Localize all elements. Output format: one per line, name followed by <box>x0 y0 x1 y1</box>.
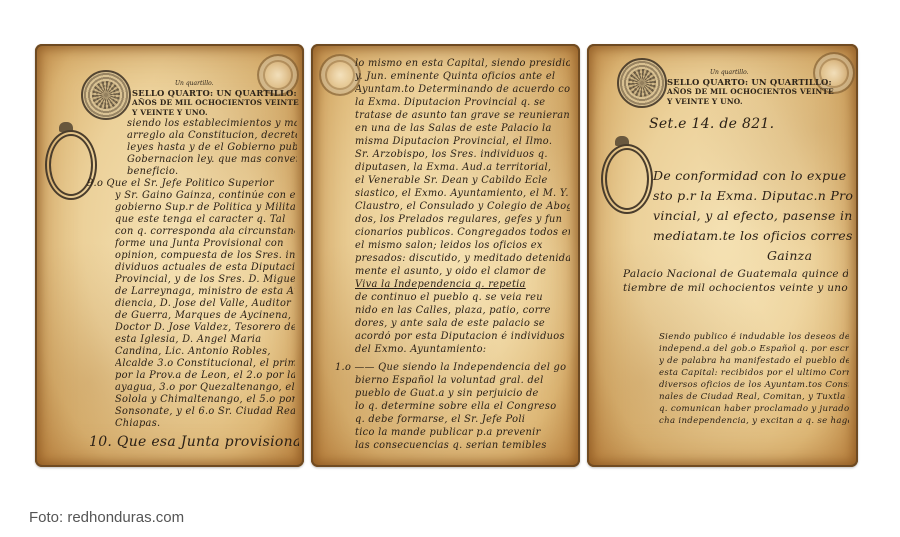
closing-line: 10. Que esa Junta provisional <box>89 434 299 450</box>
text-line: cha independencia, y excitan a q. se hag… <box>659 416 849 426</box>
manuscript-page-2: lo mismo en esta Capital, siendo presidi… <box>311 44 580 467</box>
text-line: tratase de asunto tan grave se reunieran <box>355 110 570 121</box>
text-line: bierno Español la voluntad gral. del <box>355 375 570 386</box>
text-line: leyes hasta y de el Gobierno publicado <box>127 142 297 153</box>
text-line: vincial, y al efecto, pasense in <box>653 208 853 223</box>
text-line: tiembre de mil ochocientos veinte y uno … <box>623 282 848 294</box>
text-line: en una de las Salas de este Palacio la <box>355 123 570 134</box>
text-line: Alcalde 3.o Constitucional, el primero <box>115 358 295 369</box>
text-line: Palacio Nacional de Guatemala quince de … <box>623 268 848 280</box>
text-line: de continuo el pueblo q. se veia reu <box>355 292 570 303</box>
text-line: Claustro, el Consulado y Colegio de Abog… <box>355 201 570 212</box>
stamp-denomination: Un quartillo. <box>175 80 214 87</box>
signature: Gainza <box>767 248 837 263</box>
text-line: lo q. determine sobre ella el Congreso <box>355 401 570 412</box>
text-line: dos, los Prelados regulares, gefes y fun <box>355 214 570 225</box>
text-line: mente el asunto, y oido el clamor de <box>355 266 570 277</box>
text-line: arreglo ala Constitucion, decretos, y <box>127 130 297 141</box>
text-line: presados: discutido, y meditado detenida <box>355 253 570 264</box>
text-line: siendo los establecimientos y maquinas a… <box>127 118 297 129</box>
stamp-line-1: Sello quarto: un quartillo: <box>132 88 297 98</box>
text-line: pueblo de Guat.a y sin perjuicio de <box>355 388 570 399</box>
manuscript-photo: Un quartillo. Sello quarto: un quartillo… <box>0 0 900 490</box>
text-line: y de palabra ha manifestado el pueblo de <box>659 356 849 366</box>
text-line: Sonsonate, y el 6.o Sr. Ciudad Real de <box>115 406 295 417</box>
text-line: cionarios publicos. Congregados todos en <box>355 227 570 238</box>
text-line: nido en las Calles, plaza, patio, corre <box>355 305 570 316</box>
text-line: Provincial, y de los Sres. D. Miguel <box>115 274 295 285</box>
text-line: lo mismo en esta Capital, siendo presidi… <box>355 58 570 69</box>
text-line: sto p.r la Exma. Diputac.n Pro <box>653 188 853 203</box>
text-line: Chiapas. <box>115 418 295 429</box>
text-line: dividuos actuales de esta Diputacion <box>115 262 295 273</box>
text-line: esta Capital: recibidos por el ultimo Co… <box>659 368 849 378</box>
text-line: el mismo salon; leidos los oficios ex <box>355 240 570 251</box>
text-line: Candina, Lic. Antonio Robles, <box>115 346 295 357</box>
text-line: con q. corresponda ala circunstancia, se <box>115 226 295 237</box>
text-line: dores, y ante sala de este palacio se <box>355 318 570 329</box>
text-line: Solola y Chimaltenango, el 5.o por <box>115 394 295 405</box>
text-line: que este tenga el caracter q. Tal <box>115 214 295 225</box>
oval-seal-icon <box>601 144 653 214</box>
text-line: y. Jun. eminente Quinta oficios ante el <box>355 71 570 82</box>
text-line: q. comunican haber proclamado y jurado d… <box>659 404 849 414</box>
text-line: siastico, el Exmo. Ayuntamiento, el M. Y… <box>355 188 570 199</box>
royal-seal-icon <box>81 70 131 120</box>
text-line: beneficio. <box>127 166 297 177</box>
stamp-denomination: Un quartillo. <box>710 69 749 76</box>
manuscript-page-3: Un quartillo. Sello quarto: un quartillo… <box>587 44 858 467</box>
oval-seal-icon <box>45 130 97 200</box>
manuscript-page-1: Un quartillo. Sello quarto: un quartillo… <box>35 44 304 467</box>
text-line: Gobernacion ley. que mas convenga y <box>127 154 297 165</box>
text-line: del Exmo. Ayuntamiento: <box>355 344 570 355</box>
document-date: Set.e 14. de 821. <box>649 116 809 132</box>
text-line: independ.a del gob.o Español q. por escr… <box>659 344 849 354</box>
text-line: q. debe formarse, el Sr. Jefe Poli <box>355 414 570 425</box>
text-line: esta Iglesia, D. Angel Maria <box>115 334 295 345</box>
text-line: diencia, D. Jose del Valle, Auditor <box>115 298 295 309</box>
text-line: Sr. Arzobispo, los Sres. individuos q. <box>355 149 570 160</box>
stamp-line-2: Años de mil ochocientos veinte <box>667 87 834 97</box>
text-line: opinion, compuesta de los Sres. in <box>115 250 295 261</box>
text-line: acordó por esta Diputacion é individuos <box>355 331 570 342</box>
text-line: la Exma. Diputacion Provincial q. se <box>355 97 570 108</box>
viva-la-independencia-line: Viva la Independencia q. repetia <box>355 279 570 290</box>
text-line: de Larreynaga, ministro de esta Au <box>115 286 295 297</box>
photo-credit-caption: Foto: redhonduras.com <box>29 509 184 526</box>
text-line: tico la mande publicar p.a prevenir <box>355 427 570 438</box>
text-line: Doctor D. Jose Valdez, Tesorero de <box>115 322 295 333</box>
text-line: el Venerable Sr. Dean y Cabildo Ecle <box>355 175 570 186</box>
stamp-line-1: Sello quarto: un quartillo: <box>667 77 832 87</box>
text-line: De conformidad con lo expue <box>653 168 853 183</box>
royal-seal-icon <box>617 58 667 108</box>
text-line: 1.o —— Que siendo la Independencia del g… <box>335 362 570 373</box>
text-line: diversos oficios de los Ayuntam.tos Cons… <box>659 380 849 390</box>
stamp-line-3: y veinte y uno. <box>132 108 208 118</box>
text-line: de Guerra, Marques de Aycinena, <box>115 310 295 321</box>
text-line: 9.o Que el Sr. Jefe Politico Superior <box>87 178 297 189</box>
text-line: por la Prov.a de Leon, el 2.o por la de … <box>115 370 295 381</box>
text-line: misma Diputacion Provincial, el Ilmo. <box>355 136 570 147</box>
text-line: ayagua, 3.o por Quezaltenango, el 4.o de <box>115 382 295 393</box>
text-line: nales de Ciudad Real, Comitan, y Tuxtla … <box>659 392 849 402</box>
text-line: las consecuencias q. serian temibles <box>355 440 570 451</box>
text-line: diputasen, la Exma. Aud.a territorial, <box>355 162 570 173</box>
text-line: y Sr. Gaino Gainza, continúe con el <box>115 190 295 201</box>
text-line: mediatam.te los oficios corresp.tes <box>653 228 853 243</box>
text-line: gobierno Sup.r de Politica y Militar, y <box>115 202 295 213</box>
stamp-line-2: Años de mil ochocientos veinte <box>132 98 299 108</box>
text-line: Siendo publico é indudable los deseos de <box>659 332 849 342</box>
stamp-line-3: y veinte y uno. <box>667 97 743 107</box>
text-line: forme una Junta Provisional con <box>115 238 295 249</box>
text-line: Ayuntam.to Determinando de acuerdo con <box>355 84 570 95</box>
